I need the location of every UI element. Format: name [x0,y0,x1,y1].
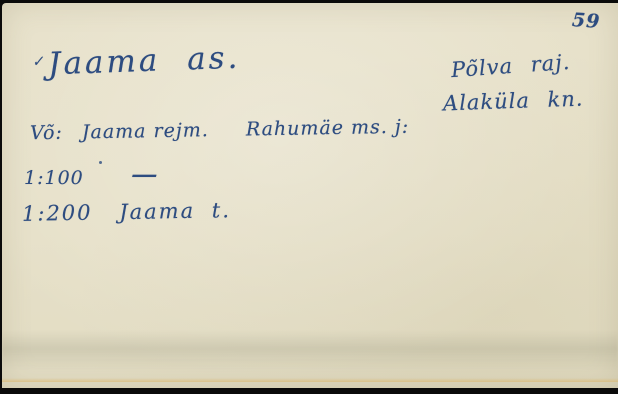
scale-value-dash: — [131,164,159,186]
checkmark-icon: ✓ [31,53,44,70]
district-line: Põlva raj. [450,50,571,82]
scan-background: 59 ✓ Jaama as. Põlva raj. Alaküla kn. Võ… [0,0,618,394]
ink-speck [99,161,102,164]
scale-entry-row: 1:100 — [24,167,155,189]
source-prefix: Võ: [30,122,63,145]
source-name: Jaama rejm. [82,119,209,143]
headword-title: Jaama as. [47,40,241,83]
scan-shadow-band [2,331,618,371]
card-bottom-edge [2,378,618,382]
scale-label: 1:100 [24,167,84,189]
scale-label: 1:200 [22,201,93,226]
scale-entry-row: 1:200 Jaama t. [22,198,231,226]
page-number: 59 [571,9,601,33]
index-card: 59 ✓ Jaama as. Põlva raj. Alaküla kn. Võ… [2,3,618,388]
scale-value-name: Jaama t. [119,198,231,224]
village-council-line: Alaküla kn. [443,87,584,116]
source-reference-line: Võ: Jaama rejm. Rahumäe ms. j: [30,116,409,145]
source-detail: Rahumäe ms. j: [246,116,410,141]
